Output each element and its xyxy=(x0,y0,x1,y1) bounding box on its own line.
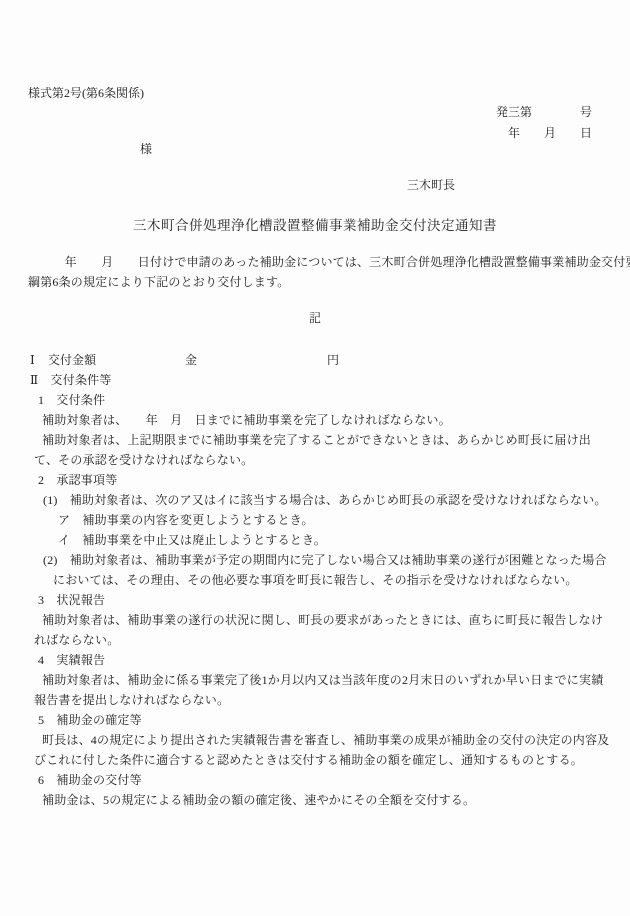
body-line: びこれに付した条件に適合すると認めたときは交付する補助金の額を確定し、通知するも… xyxy=(0,750,630,770)
document-number-line: 発三第 号 xyxy=(496,103,592,120)
body-line: (2) 補助対象者は、補助事業が予定の期間内に完了しない場合又は補助事業の遂行が… xyxy=(0,550,630,570)
addressee-suffix: 様 xyxy=(140,140,152,157)
body-line: ればならない。 xyxy=(0,630,630,650)
record-marker: 記 xyxy=(0,309,630,326)
body-line: (1) 補助対象者は、次のア又はイに該当する場合は、あらかじめ町長の承認を受けな… xyxy=(0,490,630,510)
grant-amount-roman-numeral: Ⅰ xyxy=(30,350,35,370)
body-line: イ 補助事業を中止又は廃止しようとするとき。 xyxy=(0,530,630,550)
intro-paragraph: 年 月 日付けで申請のあった補助金については、三木町合併処理浄化槽設置整備事業補… xyxy=(28,252,610,292)
document-title: 三木町合併処理浄化槽設置整備事業補助金交付決定通知書 xyxy=(0,214,630,234)
body-line: 6 補助金の交付等 xyxy=(0,770,630,790)
body-line: Ⅱ 交付条件等 xyxy=(0,370,630,390)
body-line: 補助金は、5の規定による補助金の額の確定後、速やかにその全額を交付する。 xyxy=(0,790,630,810)
intro-line: 年 月 日付けで申請のあった補助金については、三木町合併処理浄化槽設置整備事業補… xyxy=(28,252,610,272)
intro-line: 綱第6条の規定により下記のとおり交付します。 xyxy=(28,272,610,292)
grant-amount-label: 交付金額 xyxy=(48,350,96,370)
document-page: 様式第2号(第6条関係) 発三第 号 年 月 日 様 三木町長 三木町合併処理浄… xyxy=(0,0,630,916)
body-line: 町長は、4の規定により提出された実績報告書を審査し、補助事業の成果が補助金の交付… xyxy=(0,730,630,750)
body-line: 補助対象者は、補助事業の遂行の状況に関し、町長の要求があったときには、直ちに町長… xyxy=(0,610,630,630)
grant-amount-currency-suffix: 円 xyxy=(327,350,339,370)
body-line: 報告書を提出しなければならない。 xyxy=(0,690,630,710)
body-line: においては、その理由、その他必要な事項を町長に報告し、その指示を受けなければなら… xyxy=(0,570,630,590)
body-line: 5 補助金の確定等 xyxy=(0,710,630,730)
grant-amount-line: Ⅰ 交付金額 金 円 xyxy=(0,350,630,370)
body-line: ア 補助事業の内容を変更しようとするとき。 xyxy=(0,510,630,530)
sender-title: 三木町長 xyxy=(407,176,455,193)
body-line: 2 承認事項等 xyxy=(0,470,630,490)
document-body: Ⅱ 交付条件等 1 交付条件 補助対象者は、 年 月 日までに補助事業を完了しな… xyxy=(0,370,630,810)
body-line: 4 実績報告 xyxy=(0,650,630,670)
body-line: 補助対象者は、 年 月 日までに補助事業を完了しなければならない。 xyxy=(0,410,630,430)
grant-amount-currency-prefix: 金 xyxy=(185,350,197,370)
body-line: 補助対象者は、上記期限までに補助事業を完了することができないときは、あらかじめ町… xyxy=(0,430,630,450)
body-line: 補助対象者は、補助金に係る事業完了後1か月以内又は当該年度の2月末日のいずれか早… xyxy=(0,670,630,690)
date-line: 年 月 日 xyxy=(508,124,592,141)
body-line: 1 交付条件 xyxy=(0,390,630,410)
body-line: 3 状況報告 xyxy=(0,590,630,610)
form-number: 様式第2号(第6条関係) xyxy=(28,84,144,101)
body-line: て、その承認を受けなければならない。 xyxy=(0,450,630,470)
